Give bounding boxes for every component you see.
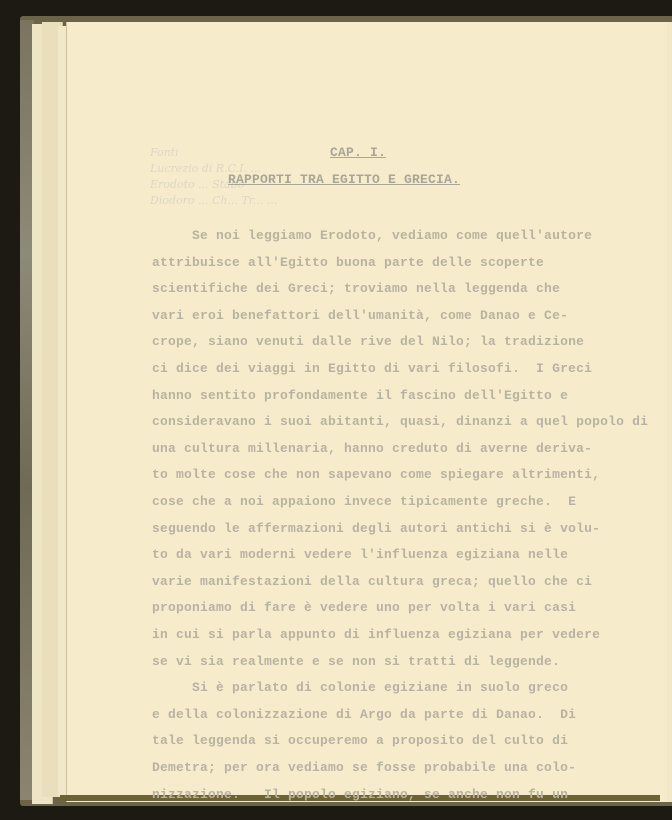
- text-line: in cui si parla appunto di influenza egi…: [152, 627, 600, 642]
- text-line: hanno sentito profondamente il fascino d…: [152, 388, 568, 403]
- chapter-title: RAPPORTI TRA EGITTO E GRECIA.: [228, 172, 460, 187]
- text-line: scientifiche dei Greci; troviamo nella l…: [152, 281, 560, 296]
- text-line: e della colonizzazione di Argo da parte …: [152, 707, 576, 722]
- text-line: varie manifestazioni della cultura greca…: [152, 574, 592, 589]
- text-line: Si è parlato di colonie egiziane in suol…: [152, 680, 568, 695]
- text-line: seguendo le affermazioni degli autori an…: [152, 521, 600, 536]
- text-line: una cultura millenaria, hanno creduto di…: [152, 441, 592, 456]
- text-line: to molte cose che non sapevano come spie…: [152, 467, 600, 482]
- text-line: ci dice dei viaggi in Egitto di vari fil…: [152, 361, 592, 376]
- text-line: crope, siano venuti dalle rive del Nilo;…: [152, 334, 584, 349]
- text-line: se vi sia realmente e se non si tratti d…: [152, 654, 560, 669]
- text-line: consideravano i suoi abitanti, quasi, di…: [152, 414, 648, 429]
- text-line: proponiamo di fare è vedere uno per volt…: [152, 600, 576, 615]
- text-line: Demetra; per ora vediamo se fosse probab…: [152, 760, 576, 775]
- text-line: attribuisce all'Egitto buona parte delle…: [152, 255, 544, 270]
- text-line: tale leggenda si occuperemo a proposito …: [152, 733, 568, 748]
- text-line: nizzazione. Il popolo egiziano, se anche…: [152, 787, 568, 802]
- text-line: to da vari moderni vedere l'influenza eg…: [152, 547, 568, 562]
- text-line: cose che a noi appaiono invece tipicamen…: [152, 494, 576, 509]
- chapter-heading: CAP. I.: [330, 145, 386, 160]
- text-line: Se noi leggiamo Erodoto, vediamo come qu…: [152, 228, 592, 243]
- text-line: vari eroi benefattori dell'umanità, come…: [152, 308, 568, 323]
